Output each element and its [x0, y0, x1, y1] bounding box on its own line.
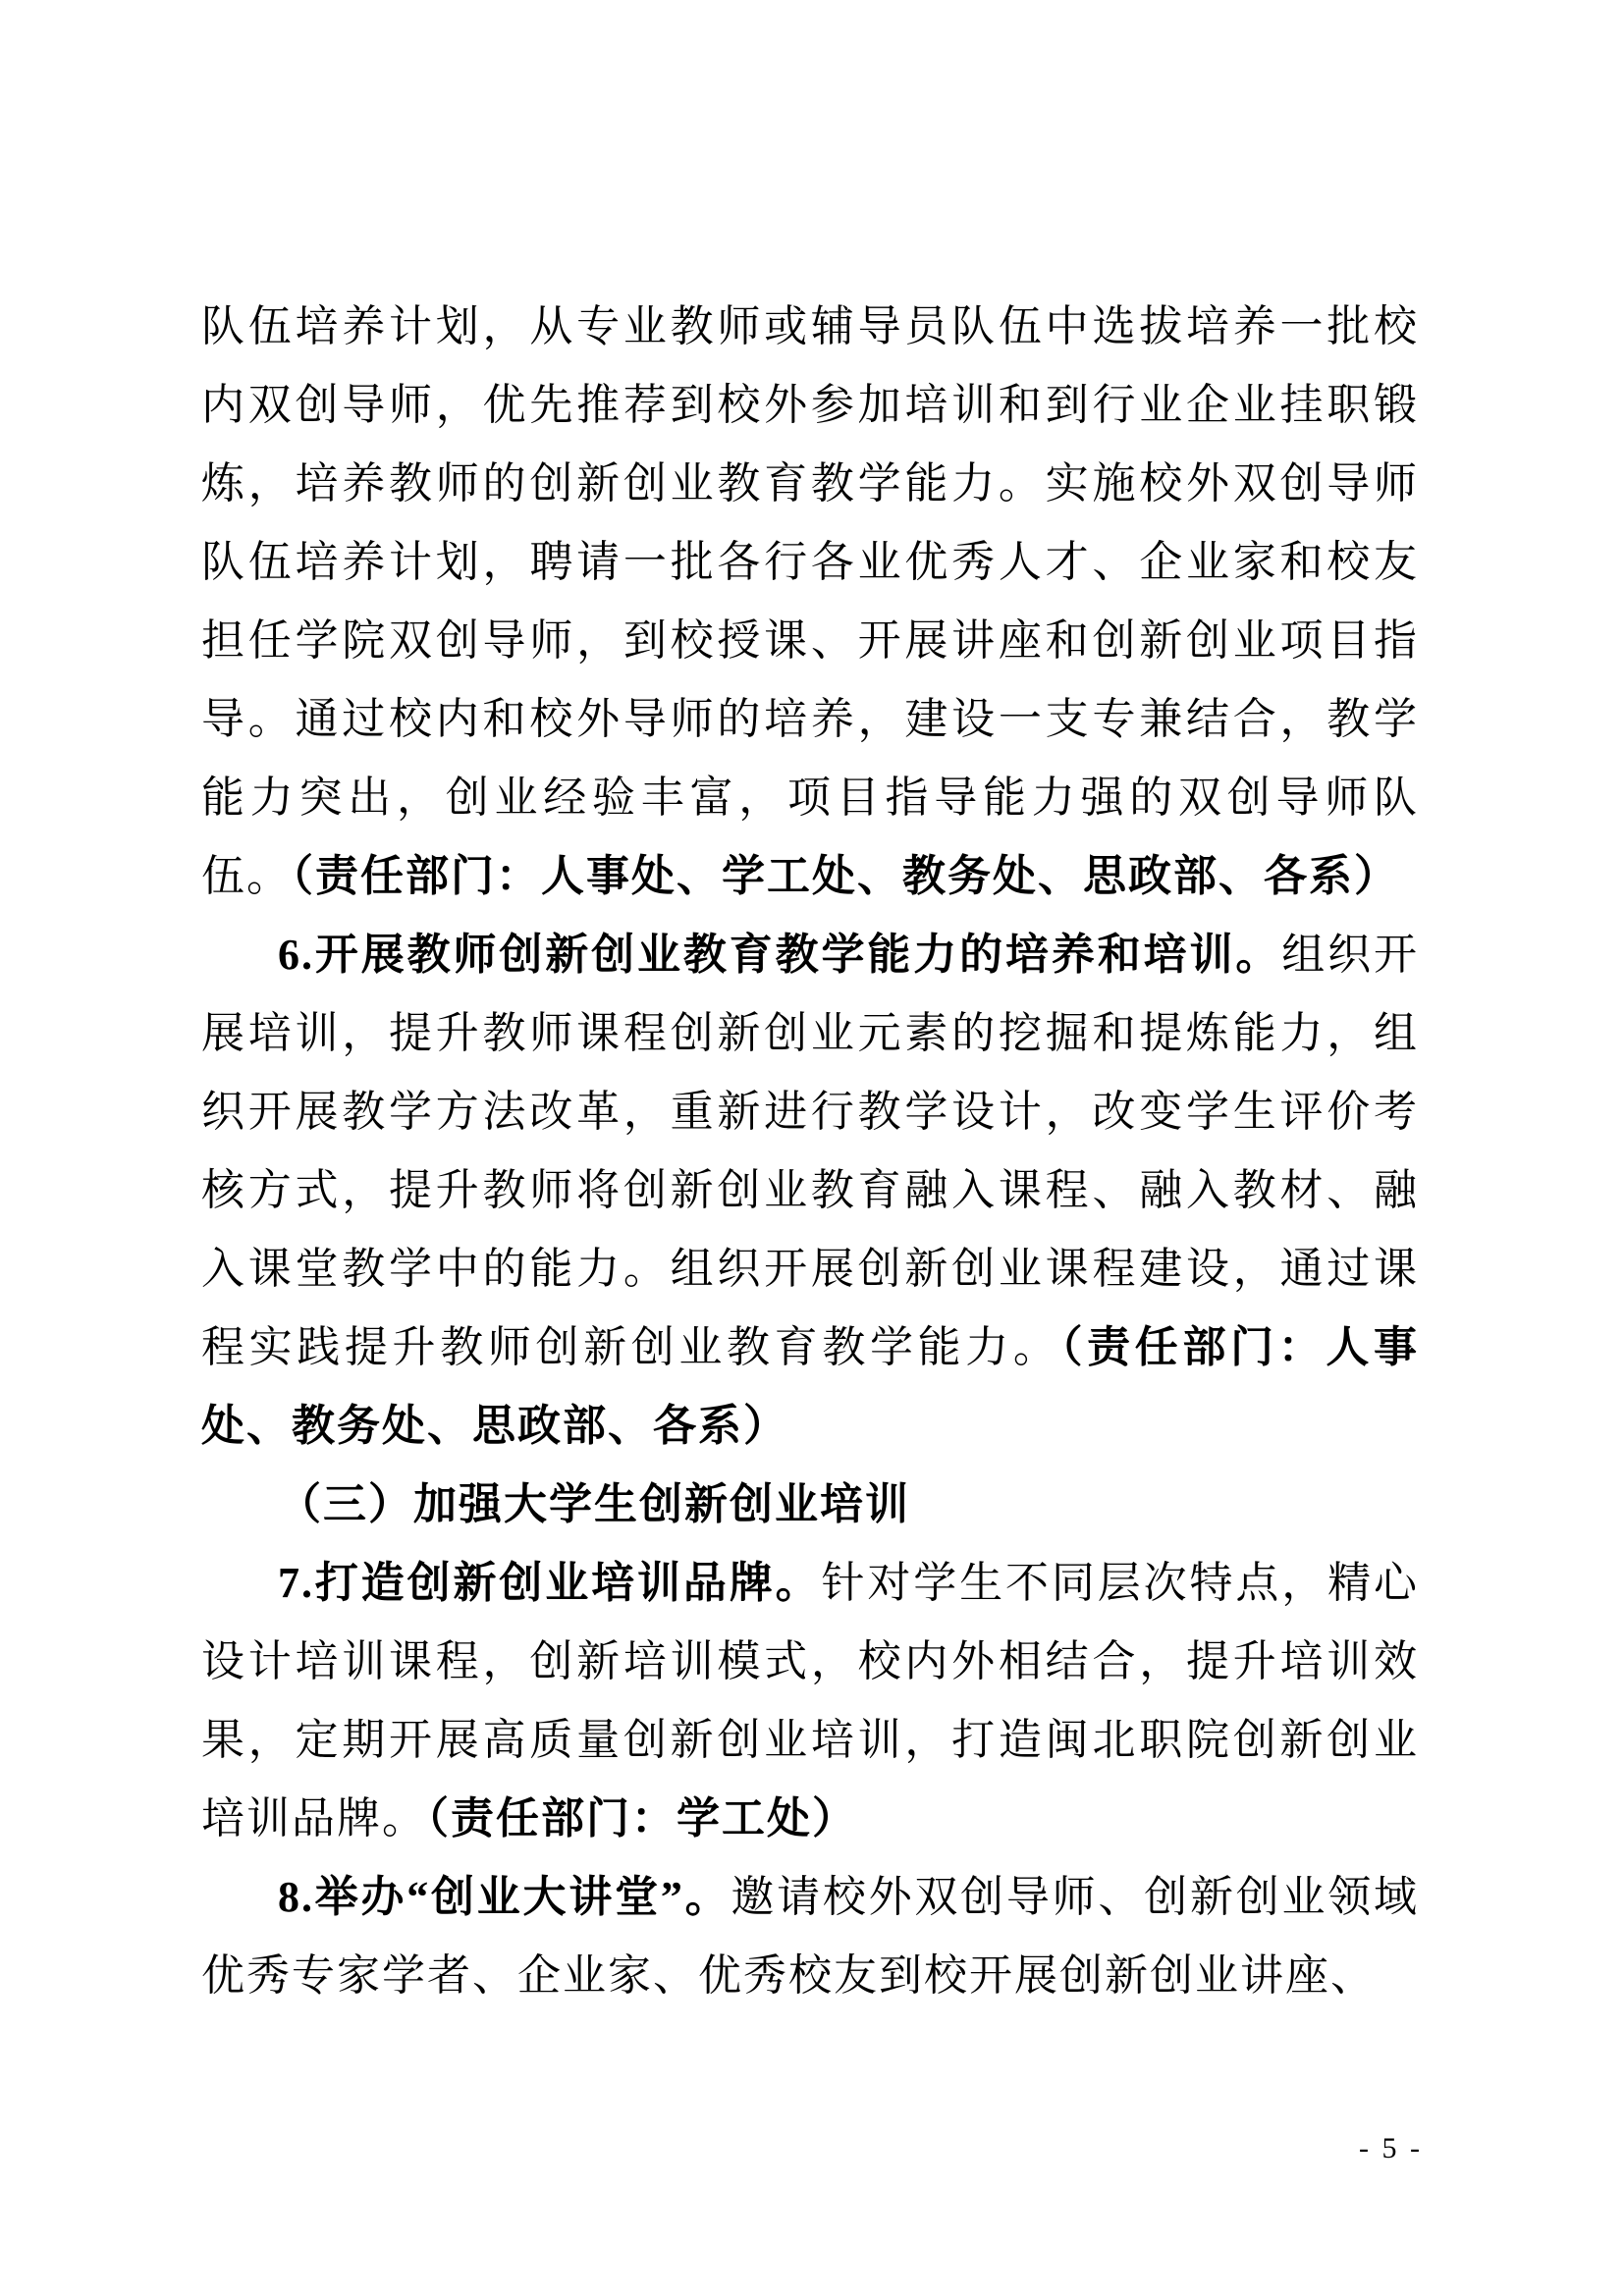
paragraph-4-item-heading: 7.打造创新创业培训品牌。	[278, 1559, 822, 1607]
paragraph-4: 7.打造创新创业培训品牌。针对学生不同层次特点，精心设计培训课程，创新培训模式，…	[201, 1544, 1419, 1858]
section-heading: （三）加强大学生创新创业培训	[201, 1466, 1419, 1544]
paragraph-2-item-heading: 6.开展教师创新创业教育教学能力的培养和培训。	[278, 931, 1281, 979]
paragraph-1-body-text: 队伍培养计划，从专业教师或辅导员队伍中选拔培养一批校内双创导师，优先推荐到校外参…	[201, 302, 1419, 900]
document-page: 队伍培养计划，从专业教师或辅导员队伍中选拔培养一批校内双创导师，优先推荐到校外参…	[0, 0, 1624, 2296]
paragraph-2: 6.开展教师创新创业教育教学能力的培养和培训。组织开展培训，提升教师课程创新创业…	[201, 916, 1419, 1466]
paragraph-2-body-text: 组织开展培训，提升教师课程创新创业元素的挖掘和提炼能力，组织开展教学方法改革，重…	[201, 931, 1419, 1371]
section-heading-text: （三）加强大学生创新创业培训	[278, 1480, 910, 1528]
paragraph-1: 队伍培养计划，从专业教师或辅导员队伍中选拔培养一批校内双创导师，优先推荐到校外参…	[201, 288, 1419, 916]
paragraph-5-item-heading: 8.举办“创业大讲堂”。	[278, 1873, 731, 1921]
paragraph-4-responsible-dept: （责任部门：学工处）	[427, 1794, 857, 1842]
paragraph-1-responsible-dept: （责任部门：人事处、学工处、教务处、思政部、各系）	[292, 852, 1399, 900]
paragraph-5: 8.举办“创业大讲堂”。邀请校外双创导师、创新创业领域优秀专家学者、企业家、优秀…	[201, 1858, 1419, 2015]
document-body: 队伍培养计划，从专业教师或辅导员队伍中选拔培养一批校内双创导师，优先推荐到校外参…	[201, 288, 1419, 2015]
page-number: - 5 -	[1359, 2132, 1423, 2165]
